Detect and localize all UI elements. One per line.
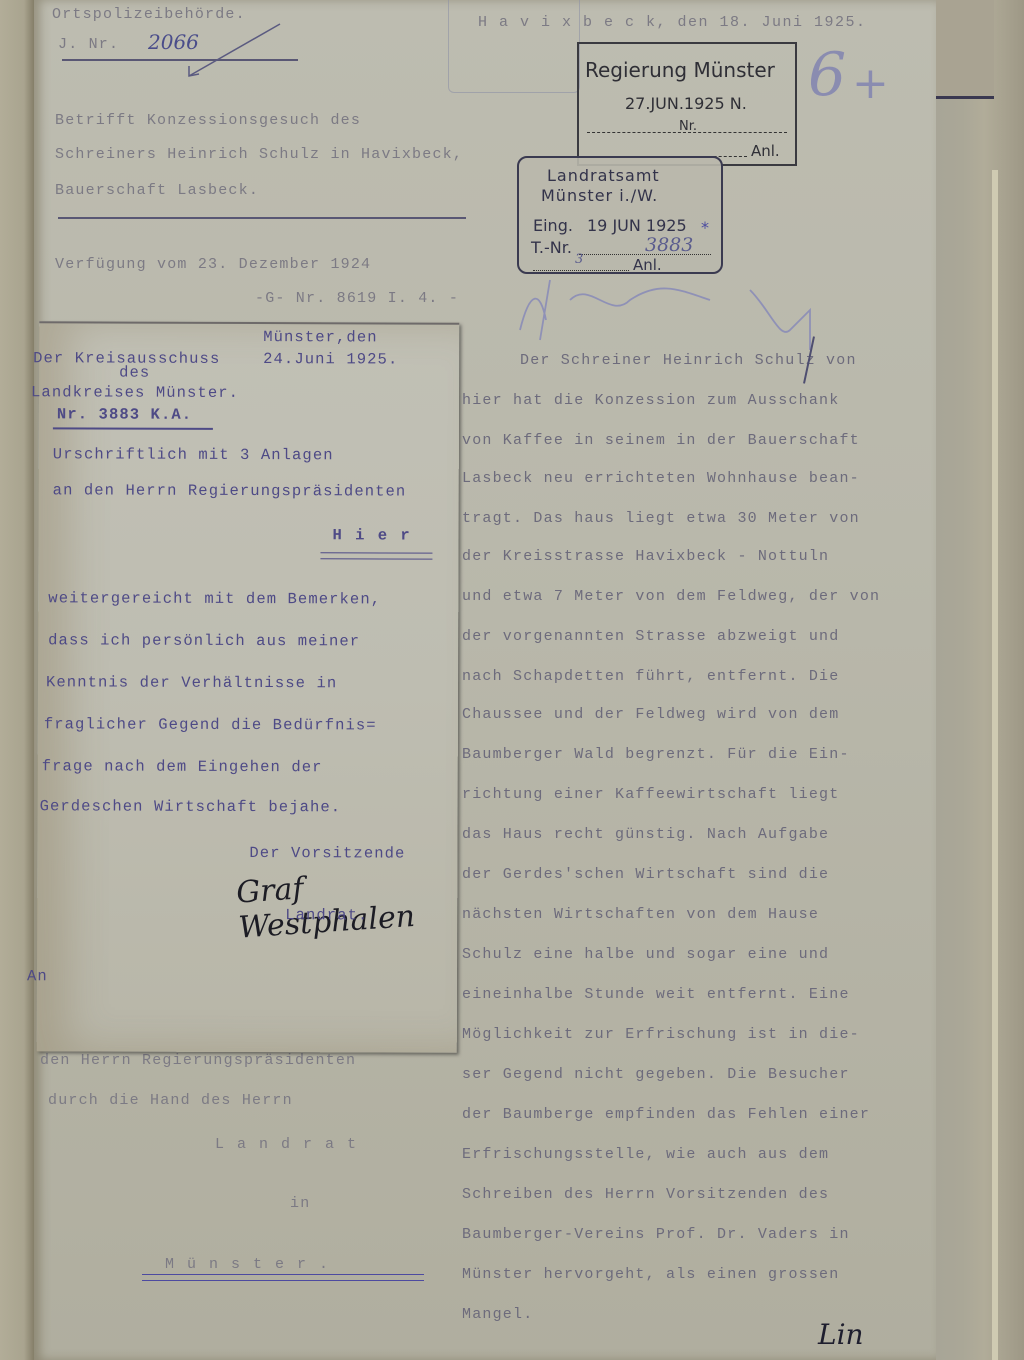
body-line: der Kreisstrasse Havixbeck - Nottuln xyxy=(462,548,829,565)
slip-number-underline xyxy=(53,427,213,429)
slip-authority-line-3: Landkreises Münster. xyxy=(31,383,239,402)
recipient-line-3: L a n d r a t xyxy=(215,1136,358,1153)
landratsamt-anl-count: 3 xyxy=(575,252,583,267)
handwritten-paraph: Lin xyxy=(818,1318,864,1351)
ref-number-label: J. Nr. xyxy=(58,36,119,53)
body-line: eineinhalbe Stunde weit entfernt. Eine xyxy=(462,986,850,1003)
landratsamt-eing-date: 19 JUN 1925 xyxy=(587,216,687,235)
body-line: Möglichkeit zur Erfrischung ist in die- xyxy=(462,1026,860,1043)
folder-tab xyxy=(936,0,994,99)
slip-number: Nr. 3883 K.A. xyxy=(57,405,192,423)
slip-place-double-underline xyxy=(320,552,432,559)
body-line: Baumberger-Vereins Prof. Dr. Vaders in xyxy=(462,1226,850,1243)
slip-authority-line-2: des xyxy=(119,364,150,382)
recipient-line-2: durch die Hand des Herrn xyxy=(48,1092,293,1109)
slip-address-to: An xyxy=(27,967,48,985)
slip-closing: Der Vorsitzende xyxy=(249,844,405,863)
subject-rule xyxy=(58,217,466,219)
body-line: richtung einer Kaffeewirtschaft liegt xyxy=(462,786,839,803)
body-line: hier hat die Konzession zum Ausschank xyxy=(462,392,839,409)
regierung-stamp-anl-label: Anl. xyxy=(751,142,780,160)
reference-line-1: Verfügung vom 23. Dezember 1924 xyxy=(55,256,371,273)
slip-signature: Graf Westphalen xyxy=(235,861,459,945)
pencil-scrawl xyxy=(510,270,830,350)
body-line: Mangel. xyxy=(462,1306,533,1323)
regierung-stamp-nr-label: Nr. xyxy=(679,119,697,134)
body-line: Erfrischungsstelle, wie auch aus dem xyxy=(462,1146,829,1163)
body-line: das Haus recht günstig. Nach Aufgabe xyxy=(462,826,829,843)
body-line: von Kaffee in seinem in der Bauerschaft xyxy=(462,432,860,449)
slip-title: Landrat. xyxy=(285,906,368,924)
slip-place: Münster,den xyxy=(263,328,377,346)
regierung-receipt-stamp: Regierung Münster 27.JUN.1925 N. Nr. Anl… xyxy=(577,42,797,166)
slip-body-line: fraglicher Gegend die Bedürfnis= xyxy=(44,715,377,734)
body-line: Lasbeck neu errichteten Wohnhause bean- xyxy=(462,470,860,487)
body-line: der Gerdes'schen Wirtschaft sind die xyxy=(462,866,829,883)
pencil-arrow-icon xyxy=(185,22,285,82)
regierung-stamp-title: Regierung Münster xyxy=(585,58,775,82)
pencil-annotation-number: 6 xyxy=(808,40,846,110)
landratsamt-receipt-stamp: Landratsamt Münster i./W. Eing. 19 JUN 1… xyxy=(517,156,723,274)
subject-line-3: Bauerschaft Lasbeck. xyxy=(55,182,259,199)
body-line: Schreiben des Herrn Vorsitzenden des xyxy=(462,1186,829,1203)
pencil-annotation-cross: + xyxy=(852,58,889,109)
slip-body-line: frage nach dem Eingehen der xyxy=(42,757,323,776)
slip-date: 24.Juni 1925. xyxy=(263,350,398,368)
slip-body-line: weitergereicht mit dem Bemerken, xyxy=(48,589,381,608)
letter-place-date: H a v i x b e c k, den 18. Juni 1925. xyxy=(478,14,867,31)
subject-line-1: Betrifft Konzessionsgesuch des xyxy=(55,112,361,129)
stacked-pages-edge xyxy=(936,0,1024,1360)
landratsamt-eing-label: Eing. xyxy=(533,216,573,235)
body-line: nächsten Wirtschaften von dem Hause xyxy=(462,906,819,923)
body-line: Schulz eine halbe und sogar eine und xyxy=(462,946,829,963)
body-line: der vorgenannten Strasse abzweigt und xyxy=(462,628,839,645)
recipient-line-1: den Herrn Regierungspräsidenten xyxy=(40,1052,356,1069)
body-line: und etwa 7 Meter von dem Feldweg, der vo… xyxy=(462,588,880,605)
landratsamt-stamp-title-2: Münster i./W. xyxy=(541,186,658,205)
reference-line-2: -G- Nr. 8619 I. 4. - xyxy=(255,290,459,307)
slip-forward-line-2: an den Herrn Regierungspräsidenten xyxy=(53,481,407,500)
subject-line-2: Schreiners Heinrich Schulz in Havixbeck, xyxy=(55,146,463,163)
recipient-line-4: in xyxy=(290,1195,310,1212)
slip-forward-line-1: Urschriftlich mit 3 Anlagen xyxy=(53,445,334,464)
page-edge-strip xyxy=(992,170,998,1360)
landratsamt-tnr-label: T.-Nr. xyxy=(531,238,572,257)
landratsamt-star: * xyxy=(701,218,709,237)
recipient-city: M ü n s t e r . xyxy=(165,1256,330,1273)
regierung-stamp-date: 27.JUN.1925 N. xyxy=(625,94,747,113)
body-line: tragt. Das haus liegt etwa 30 Meter von xyxy=(462,510,860,527)
slip-body-line: Kenntnis der Verhältnisse in xyxy=(46,673,337,692)
sender-line: Ortspolizeibehörde. xyxy=(52,6,246,23)
body-line: der Baumberge empfinden das Fehlen einer xyxy=(462,1106,870,1123)
slip-body-line: Gerdeschen Wirtschaft bejahe. xyxy=(40,797,342,816)
body-line: Chaussee und der Feldweg wird von dem xyxy=(462,706,839,723)
landratsamt-tnr-handwritten: 3883 xyxy=(645,234,693,256)
slip-forward-place: H i e r xyxy=(332,526,411,544)
body-line: Münster hervorgeht, als einen grossen xyxy=(462,1266,839,1283)
city-double-underline xyxy=(142,1274,424,1281)
body-line: Baumberger Wald begrenzt. Für die Ein- xyxy=(462,746,850,763)
forwarding-slip: Münster,den Der Kreisausschuss 24.Juni 1… xyxy=(37,321,460,1052)
slip-body-line: dass ich persönlich aus meiner xyxy=(48,631,360,650)
body-line: ser Gegend nicht gegeben. Die Besucher xyxy=(462,1066,850,1083)
landratsamt-stamp-title-1: Landratsamt xyxy=(547,166,660,185)
body-line: nach Schapdetten führt, entfernt. Die xyxy=(462,668,839,685)
